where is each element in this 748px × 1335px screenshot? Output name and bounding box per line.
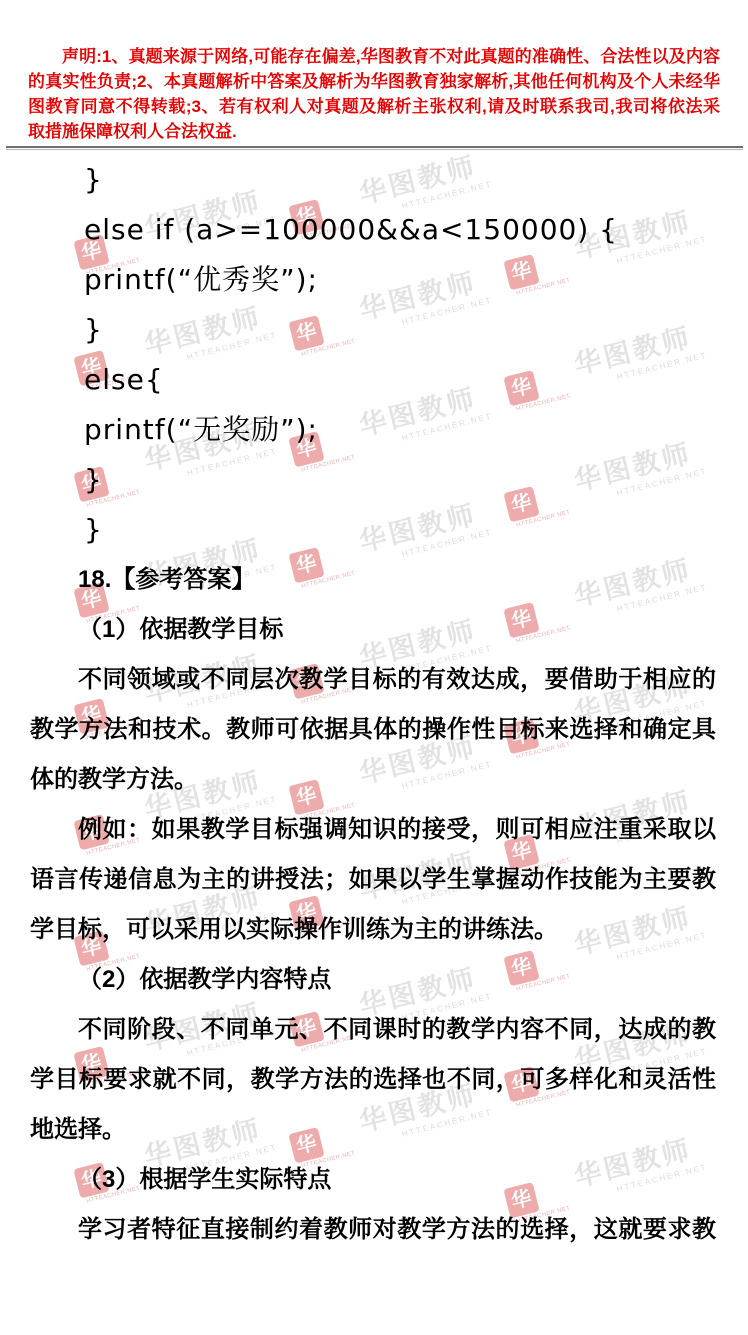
code-line: printf(“无奖励”); (30, 405, 716, 455)
body-line: 不同阶段、不同单元、不同课时的教学内容不同，达成的教 (30, 1005, 716, 1055)
body-line: 地选择。 (30, 1105, 716, 1155)
body-line: 语言传递信息为主的讲授法；如果以学生掌握动作技能为主要教 (30, 855, 716, 905)
body-line: 学目标，可以采用以实际操作训练为主的讲练法。 (30, 905, 716, 955)
code-line: } (30, 155, 716, 205)
disclaimer-line: 声明:1、真题来源于网络,可能存在偏差,华图教育不对此真题的准确性、合法性以及内… (28, 44, 720, 69)
disclaimer-line: 的真实性负责;2、本真题解析中答案及解析为华图教育独家解析,其他任何机构及个人未… (28, 69, 720, 94)
section-heading: （2）依据教学内容特点 (30, 955, 716, 1005)
document-page: 华HTTEACHER.NET华图教师HTTEACHER.NET华HTTEACHE… (0, 0, 748, 1335)
body-line: 教学方法和技术。教师可依据具体的操作性目标来选择和确定具 (30, 705, 716, 755)
document-content: }else if (a>=100000&&a<150000) {printf(“… (30, 155, 716, 1255)
body-line: 学习者特征直接制约着教师对教学方法的选择，这就要求教 (30, 1205, 716, 1255)
code-line: } (30, 305, 716, 355)
code-line: } (30, 505, 716, 555)
code-line: } (30, 455, 716, 505)
body-line: 不同领域或不同层次教学目标的有效达成，要借助于相应的 (30, 655, 716, 705)
answer-heading: 18.【参考答案】 (30, 555, 716, 605)
section-heading: （1）依据教学目标 (30, 605, 716, 655)
code-line: else{ (30, 355, 716, 405)
disclaimer-line: 图教育同意不得转载;3、若有权利人对真题及解析主张权利,请及时联系我司,我司将依… (28, 94, 720, 119)
divider-rule (6, 146, 743, 150)
section-heading: （3）根据学生实际特点 (30, 1155, 716, 1205)
body-line: 例如：如果教学目标强调知识的接受，则可相应注重采取以 (30, 805, 716, 855)
disclaimer-line: 取措施保障权利人合法权益. (28, 119, 720, 144)
code-line: printf(“优秀奖”); (30, 255, 716, 305)
body-line: 体的教学方法。 (30, 755, 716, 805)
code-line: else if (a>=100000&&a<150000) { (30, 205, 716, 255)
body-line: 学目标要求就不同，教学方法的选择也不同，可多样化和灵活性 (30, 1055, 716, 1105)
disclaimer: 声明:1、真题来源于网络,可能存在偏差,华图教育不对此真题的准确性、合法性以及内… (28, 44, 720, 144)
